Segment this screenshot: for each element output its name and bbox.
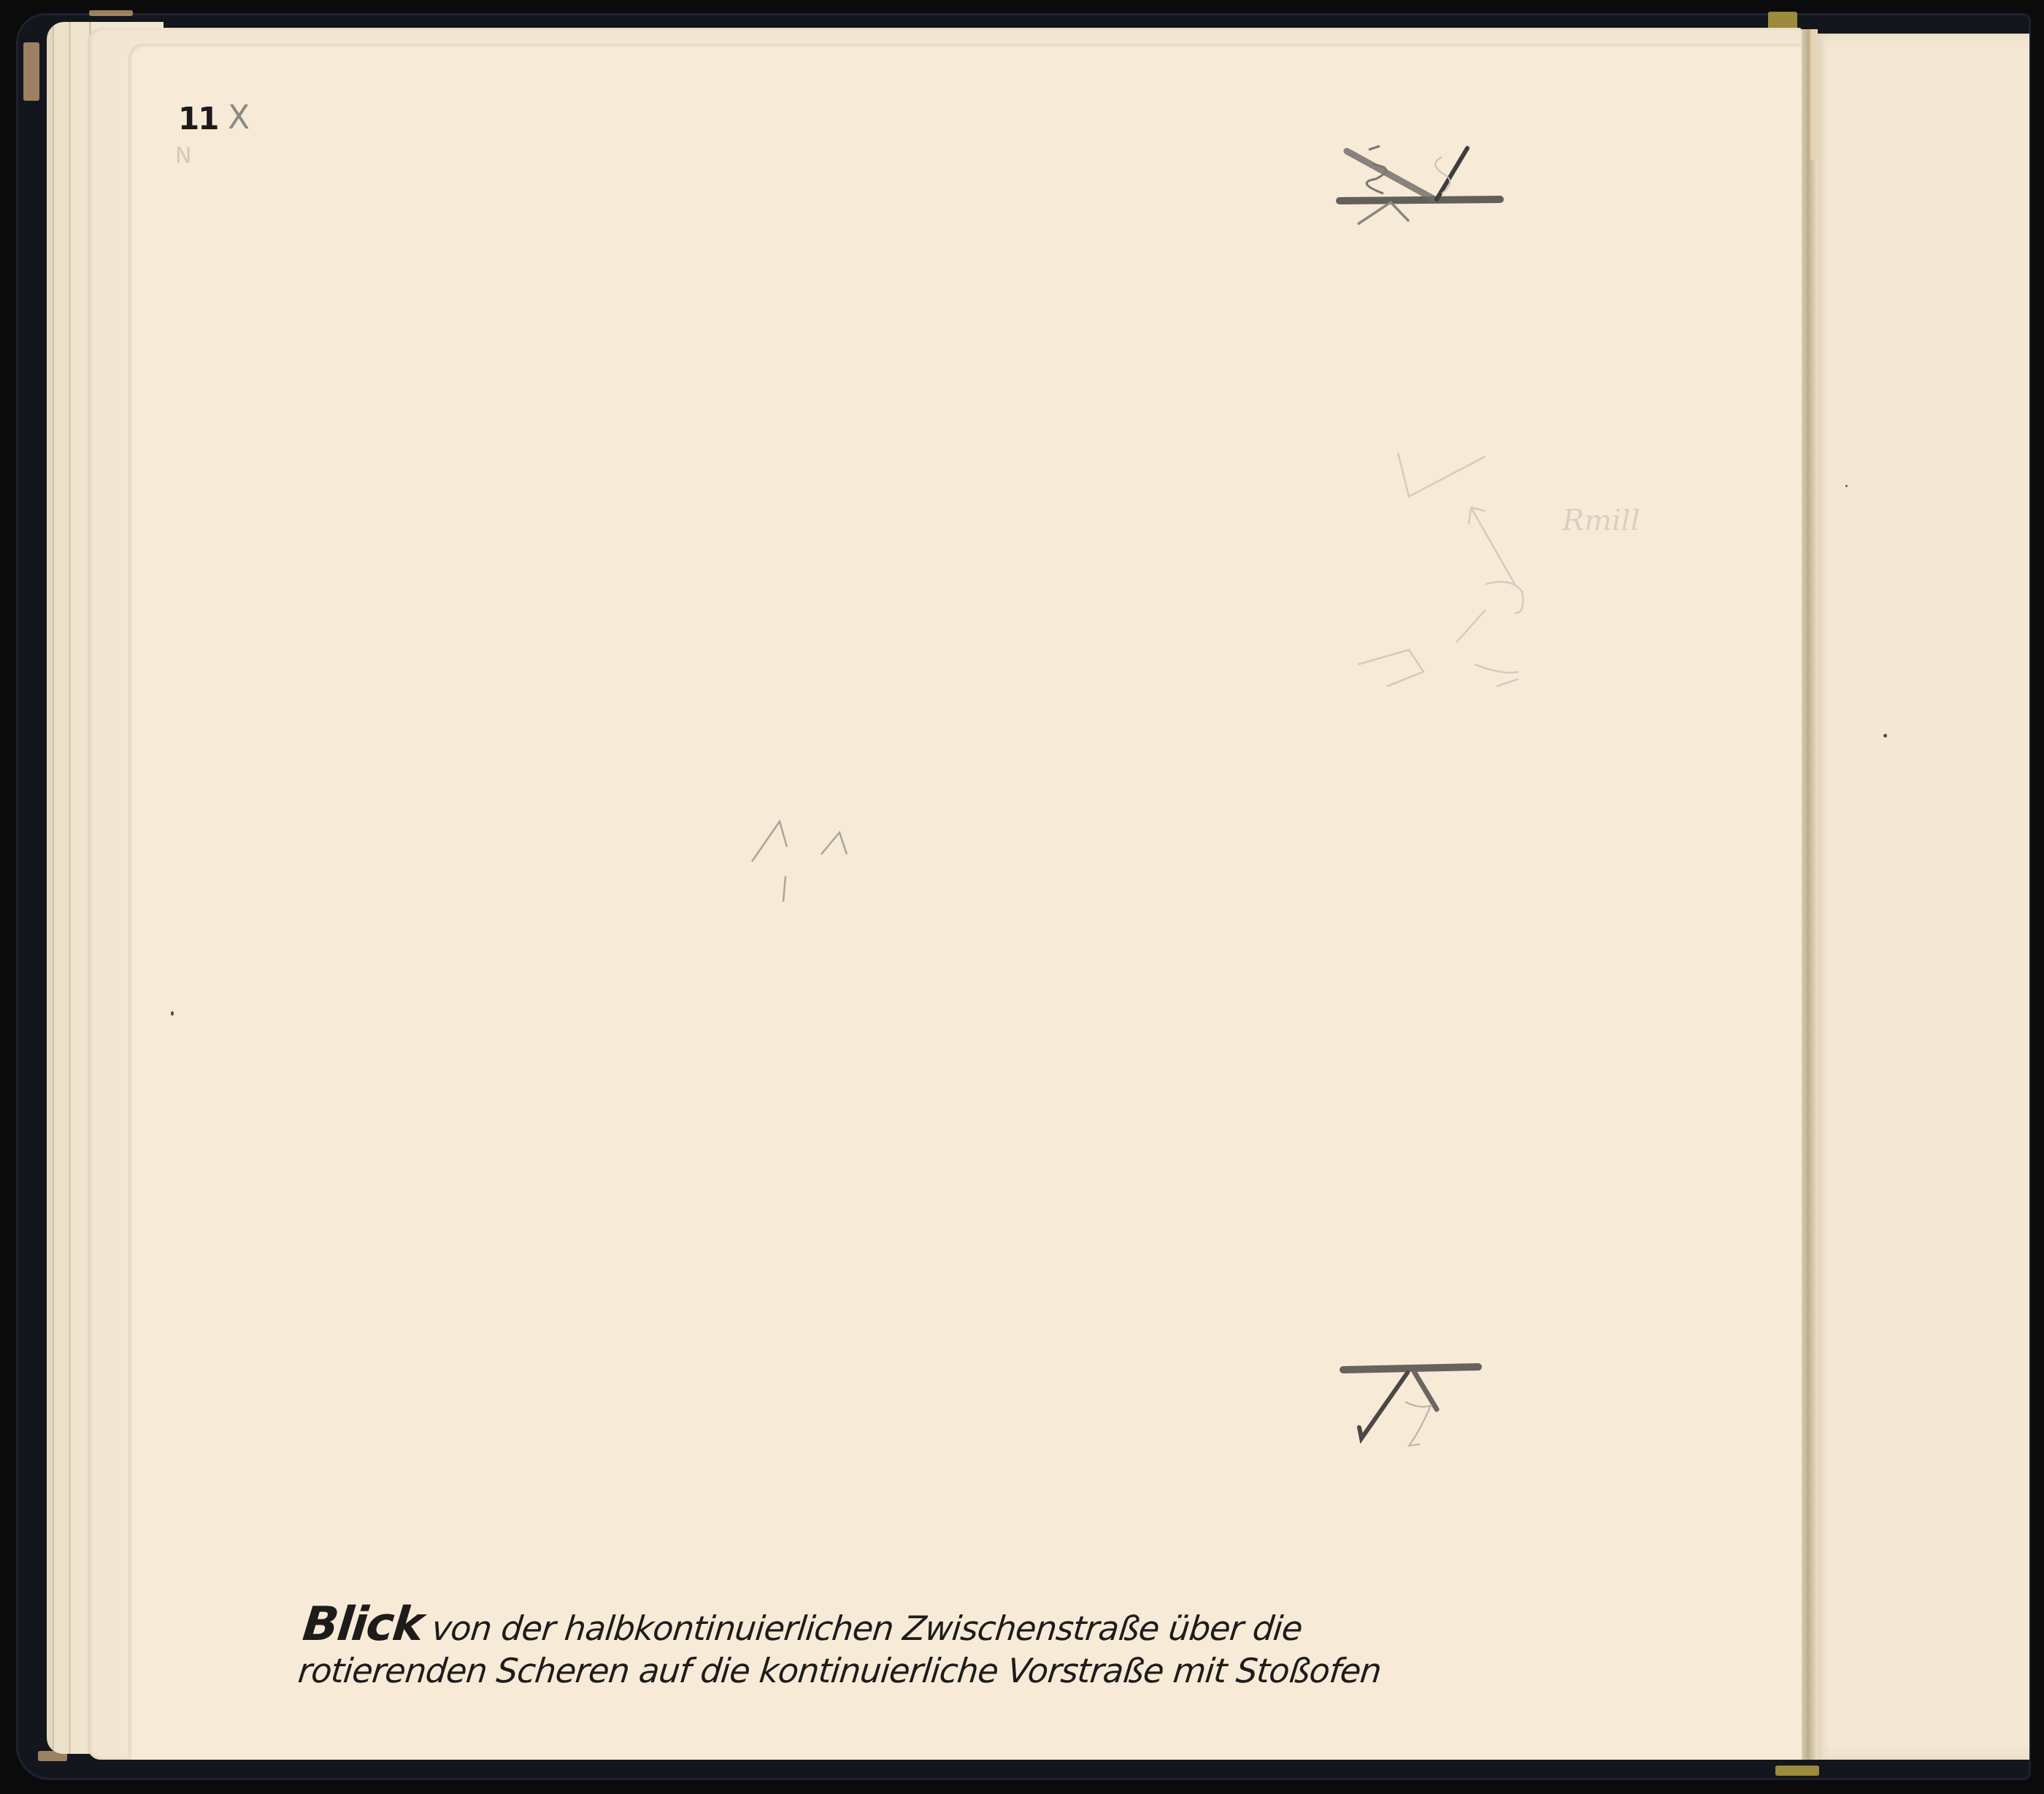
photo-caption: Blick von der halbkontinuierlichen Zwisc… (296, 1603, 1693, 1692)
faint-pencil-note: Rmill (1562, 504, 1640, 537)
pencil-arrow-sketch-icon (1329, 438, 1694, 716)
page-number: 11 (178, 101, 218, 137)
cover-wear-top (89, 10, 133, 16)
caption-line-1: Blick von der halbkontinuierlichen Zwisc… (301, 1603, 1693, 1649)
cover-wear-top-left (23, 42, 39, 101)
faint-pencil-marks-icon (730, 818, 861, 920)
faint-pencil-letter: N (175, 143, 191, 169)
album-page-left (88, 28, 1802, 1760)
caption-line-1-text: von der halbkontinuierlichen Zwischenstr… (430, 1609, 1305, 1648)
caption-lead-word: Blick (300, 1598, 425, 1652)
gutter-tape (1810, 29, 1818, 161)
caption-line-2: rotierenden Scheren auf die kontinuierli… (296, 1649, 1688, 1692)
book-gutter (1802, 29, 1818, 1760)
cover-wear-spine-bottom (1775, 1766, 1819, 1776)
paper-speck (1845, 485, 1848, 487)
pencil-crop-mark-bottom-icon (1336, 1358, 1489, 1460)
pencil-x-mark: X (228, 99, 250, 137)
pencil-crop-mark-top-icon (1325, 142, 1515, 245)
paper-speck (171, 1011, 174, 1016)
photo-mount-area (130, 45, 1802, 1760)
album-page-right-inner (1828, 47, 2029, 1748)
paper-speck (1883, 734, 1887, 737)
